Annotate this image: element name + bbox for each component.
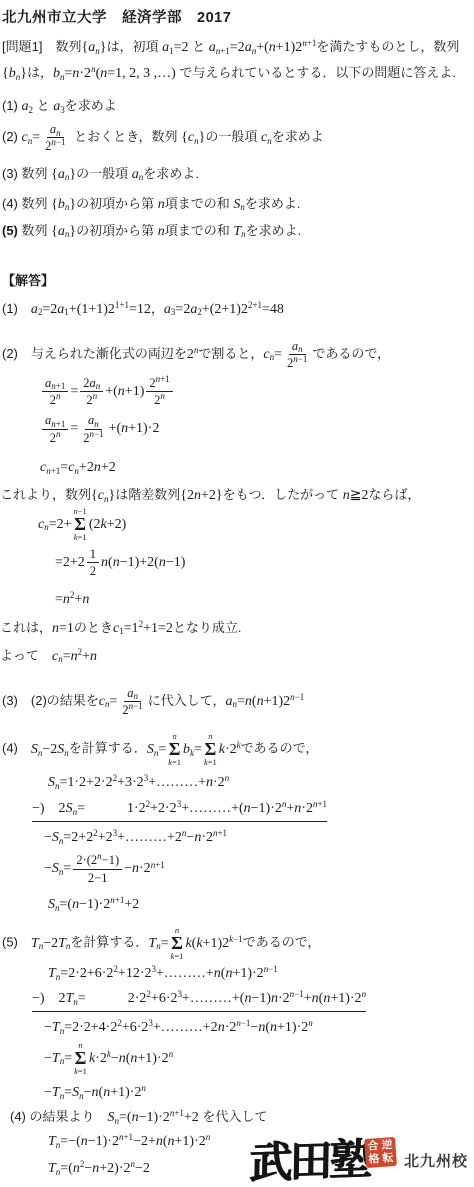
text-segment: 項までの和 <box>165 223 234 238</box>
line-content: =n2+n <box>55 589 89 609</box>
math-segment: −Sn=2+22+23+………+2n−n·2n+1 <box>44 830 227 845</box>
math-segment: cn <box>261 130 272 145</box>
takeda-juku-logo: 武田塾 合逆格転 北九州校 <box>249 1138 470 1183</box>
line-content: −) 2Tn= 2·22+6·23+………+(n−1)n·2n−1+n(n+1)… <box>32 988 366 1012</box>
line-content: よって cn=n2+n <box>0 646 97 666</box>
line-content: これより，数列{cn}は階差数列{2n+2}をもつ．したがって n≧2ならば， <box>0 485 420 505</box>
question-2: (2) cn=an2n−1 とおくとき，数列 {cn}の一般項 cnを求めよ <box>2 122 474 154</box>
line-content: −Tn=2·2+4·22+6·23+………+2n·2n−1−n(n+1)·2n <box>44 1017 313 1037</box>
text-segment: で割ると， <box>198 346 263 361</box>
text-segment: を求めよ. <box>245 196 301 211</box>
problem-statement-line-1: [問題1] 数列{an}は，初項 a1=2 と an+1=2an+(n+1)2n… <box>2 37 474 57</box>
math-segment: {an} <box>51 224 76 239</box>
question-1: (1) a2 と a3を求めよ <box>2 96 474 116</box>
text-segment: よって <box>0 648 52 663</box>
math-segment: Tn=nΣk=1k(k+1)2k−1 <box>148 936 242 951</box>
text-segment: (4) の結果より <box>10 1109 108 1124</box>
line-content: cn=2+n−1Σk=1(2k+2) <box>38 507 126 542</box>
answer-4-eq-3: −Sn=2+22+23+………+2n−n·2n+1 <box>44 827 474 847</box>
answer-2-eq-6: =n2+n <box>55 589 474 609</box>
text-segment: 【解答】 <box>2 273 54 288</box>
line-content: =2+212n(n−1)+2(n−1) <box>55 547 185 579</box>
text-segment: をもつ．したがって <box>223 487 343 502</box>
answer-5-eq-3: −Tn=2·2+4·22+6·23+………+2n·2n−1−n(n+1)·2n <box>44 1017 474 1037</box>
line-content: −Tn=Sn−n(n+1)·2n <box>44 1082 146 1102</box>
answer-2-conclusion: よって cn=n2+n <box>0 646 474 666</box>
math-segment: c1=12+1=2 <box>113 621 173 636</box>
line-content: Tn=2·2+6·22+12·23+………+n(n+1)·2n−1 <box>48 963 278 983</box>
answer-5-intro: (5) Tn−2Tnを計算する．Tn=nΣk=1k(k+1)2k−1であるので， <box>2 926 474 961</box>
text-segment: に代入して， <box>148 693 226 708</box>
logo-branch-text: 北九州校 <box>404 1150 468 1171</box>
text-segment: と <box>188 39 208 54</box>
text-segment: (3) 数列 <box>2 166 51 181</box>
text-segment: 項までの和 <box>165 196 234 211</box>
line-content: (4) の結果より Sn=(n−1)·2n+1+2 を代入して <box>10 1107 267 1127</box>
math-segment: =2+212n(n−1)+2(n−1) <box>55 555 185 570</box>
line-content: これは，n=1のときc1=12+1=2となり成立. <box>0 618 241 638</box>
math-segment: −Tn=Sn−n(n+1)·2n <box>44 1085 146 1100</box>
answer-5-eq-4: −Tn=nΣk=1k·2k−n(n+1)·2n <box>44 1041 474 1076</box>
math-segment: an=n(n+1)2n−1 <box>225 694 304 709</box>
text-segment: の一般項 <box>76 166 132 181</box>
math-segment: {bn} <box>51 197 76 212</box>
line-content: (2) 与えられた漸化式の両辺を2nで割ると，cn=an2n−1であるので， <box>2 339 390 371</box>
text-segment: は階差数列 <box>115 487 180 502</box>
math-segment: Tn−2Tn <box>31 936 71 951</box>
answer-2-eq-2: an+12n=an2n−1+(n+1)·2 <box>40 413 474 445</box>
math-segment: n <box>158 197 165 212</box>
line-content: −Sn=2·(2n−1)2−1−n·2n+1 <box>44 853 165 885</box>
math-segment: a1=2 <box>162 40 188 55</box>
problem-statement-line-2: {bn}は，bn=n·2n(n=1, 2, 3 ,…) で与えられているとする．… <box>2 63 474 83</box>
answer-4-eq-2: −) 2Sn= 1·22+2·23+………+(n−1)·2n+n·2n+1 <box>32 798 474 822</box>
text-segment: (2) 与えられた漸化式の両辺を <box>2 346 187 361</box>
math-segment: n≧2 <box>343 488 369 503</box>
math-segment: Tn=(n2−n+2)·2n−2 <box>48 1161 150 1176</box>
math-segment: −) 2Tn= 2·22+6·23+………+(n−1)n·2n−1+n(n+1)… <box>32 991 366 1006</box>
line-content: (3) 数列 {an}の一般項 anを求めよ. <box>2 164 199 184</box>
answer-5-eq-5: −Tn=Sn−n(n+1)·2n <box>44 1082 474 1102</box>
line-content: [問題1] 数列{an}は，初項 a1=2 と an+1=2an+(n+1)2n… <box>2 37 459 57</box>
answer-2-note-2: これは，n=1のときc1=12+1=2となり成立. <box>0 618 474 638</box>
text-segment: であるので， <box>312 346 390 361</box>
math-segment: an+12n=2an2n+(n+1)2n+12n <box>40 384 175 399</box>
doc-body: [問題1] 数列{an}は，初項 a1=2 と an+1=2an+(n+1)2n… <box>0 37 474 1178</box>
math-segment: a2=2a1+(1+1)21+1=12 <box>31 302 151 317</box>
text-segment: は， <box>27 65 53 80</box>
math-segment: {2n+2} <box>180 488 222 503</box>
seal-char: 合 <box>366 1140 380 1153</box>
math-segment: −Tn=nΣk=1k·2k−n(n+1)·2n <box>44 1051 173 1066</box>
line-content: (5) Tn−2Tnを計算する．Tn=nΣk=1k(k+1)2k−1であるので， <box>2 926 320 961</box>
math-segment: cn=2+n−1Σk=1(2k+2) <box>38 517 126 532</box>
math-segment: {cn} <box>181 130 205 145</box>
line-content: 【解答】 <box>2 271 54 290</box>
text-segment: を計算する． <box>69 741 147 756</box>
math-segment: Sn=nΣk=1bk=nΣk=1k·2k <box>147 742 241 757</box>
text-segment: (2) <box>2 129 22 144</box>
doc-title: 北九州市立大学 経済学部 2017 <box>2 6 474 27</box>
math-segment: a2 <box>22 99 34 114</box>
line-content: (4) 数列 {bn}の初項から第 n項までの和 Snを求めよ. <box>2 194 300 214</box>
answer-2-eq-1: an+12n=2an2n+(n+1)2n+12n <box>40 376 474 408</box>
text-segment: ， <box>151 301 164 316</box>
text-segment: を計算する． <box>70 935 148 950</box>
math-segment: {cn} <box>91 488 115 503</box>
math-segment: −Sn=2·(2n−1)2−1−n·2n+1 <box>44 861 165 876</box>
math-segment: Sn=(n−1)·2n+1+2 <box>108 1110 199 1125</box>
math-segment: Sn=1·2+2·22+3·23+………+n·2n <box>48 775 229 790</box>
line-content: Tn=(n2−n+2)·2n−2 <box>48 1158 150 1178</box>
math-segment: cn=an2n−1 <box>263 347 312 362</box>
text-segment: であるので， <box>243 935 321 950</box>
logo-brand-text: 武田塾 <box>249 1140 370 1185</box>
text-segment: を満たすものとし，数列 <box>316 39 459 54</box>
math-segment: −) 2Sn= 1·22+2·23+………+(n−1)·2n+n·2n+1 <box>32 801 327 816</box>
line-content: Sn=(n−1)·2n+1+2 <box>48 894 139 914</box>
answer-3: (3) (2)の結果をcn=an2n−1に代入して，an=n(n+1)2n−1 <box>2 686 474 718</box>
answer-2-eq-4: cn=2+n−1Σk=1(2k+2) <box>38 507 474 542</box>
solution-sheet: 北九州市立大学 経済学部 2017 [問題1] 数列{an}は，初項 a1=2 … <box>0 0 474 1187</box>
text-segment: ならば， <box>368 487 420 502</box>
seal-char: 逆 <box>380 1139 394 1152</box>
text-segment: (1) <box>2 98 22 113</box>
math-segment: Sn−2Sn <box>31 742 69 757</box>
math-segment: a3 <box>53 99 65 114</box>
line-content: Tn=−(n−1)·2n+1−2+n(n+1)·2n <box>48 1131 210 1151</box>
seal-char: 転 <box>381 1152 395 1165</box>
math-segment: bn=n·2n(n=1, 2, 3 ,…) <box>53 66 176 81</box>
text-segment: の初項から第 <box>76 196 158 211</box>
text-segment: のとき <box>74 620 113 635</box>
math-segment: cn=n2+n <box>52 649 97 664</box>
text-segment: と <box>33 98 53 113</box>
math-segment: cn=an2n−1 <box>99 694 148 709</box>
line-content: an+12n=an2n−1+(n+1)·2 <box>40 413 159 445</box>
math-segment: {bn} <box>2 66 27 81</box>
text-segment: となり成立. <box>173 620 242 635</box>
text-segment: を求めよ <box>65 98 117 113</box>
text-segment: は，初項 <box>106 39 162 54</box>
text-segment: 数列 <box>22 223 52 238</box>
logo-seal: 合逆格転 <box>364 1137 397 1168</box>
math-segment: {an} <box>51 167 76 182</box>
answer-1: (1) a2=2a1+(1+1)21+1=12，a3=2a2+(2+1)22+1… <box>2 299 474 319</box>
text-segment: の初項から第 <box>76 223 158 238</box>
answer-heading: 【解答】 <box>2 271 474 290</box>
math-segment: n <box>158 224 165 239</box>
line-content: (1) a2=2a1+(1+1)21+1=12，a3=2a2+(2+1)22+1… <box>2 299 284 319</box>
math-segment: Sn=(n−1)·2n+1+2 <box>48 897 139 912</box>
text-segment: (4) 数列 <box>2 196 51 211</box>
math-segment: {an} <box>81 40 106 55</box>
line-content: −Tn=nΣk=1k·2k−n(n+1)·2n <box>44 1041 173 1076</box>
answer-2-intro: (2) 与えられた漸化式の両辺を2nで割ると，cn=an2n−1であるので， <box>2 339 474 371</box>
answer-4-intro: (4) Sn−2Snを計算する．Sn=nΣk=1bk=nΣk=1k·2kであるの… <box>2 732 474 767</box>
math-segment: Sn <box>233 197 245 212</box>
text-segment: これより，数列 <box>0 487 91 502</box>
text-segment: (5) <box>2 935 31 950</box>
text-segment: (5) <box>2 223 22 238</box>
math-segment: cn+1=cn+2n+2 <box>40 460 116 475</box>
text-segment: とおくとき，数列 <box>70 129 181 144</box>
text-segment: (3) (2)の結果を <box>2 693 99 708</box>
line-content: (5) 数列 {an}の初項から第 n項までの和 Tnを求めよ. <box>2 221 301 241</box>
answer-5-note: (4) の結果より Sn=(n−1)·2n+1+2 を代入して <box>10 1107 474 1127</box>
text-segment: を代入して <box>199 1109 268 1124</box>
answer-4-eq-4: −Sn=2·(2n−1)2−1−n·2n+1 <box>44 853 474 885</box>
text-segment: を求めよ. <box>143 166 199 181</box>
math-segment: a3=2a2+(2+1)22+1=48 <box>164 302 284 317</box>
answer-4-eq-5: Sn=(n−1)·2n+1+2 <box>48 894 474 914</box>
text-segment: (4) <box>2 741 31 756</box>
line-content: cn+1=cn+2n+2 <box>40 457 116 477</box>
answer-4-eq-1: Sn=1·2+2·22+3·23+………+n·2n <box>48 772 474 792</box>
math-segment: −Tn=2·2+4·22+6·23+………+2n·2n−1−n(n+1)·2n <box>44 1020 313 1035</box>
math-segment: Tn=2·2+6·22+12·23+………+n(n+1)·2n−1 <box>48 966 278 981</box>
math-segment: =n2+n <box>55 592 89 607</box>
answer-2-eq-5: =2+212n(n−1)+2(n−1) <box>55 547 474 579</box>
answer-5-eq-1: Tn=2·2+6·22+12·23+………+n(n+1)·2n−1 <box>48 963 474 983</box>
question-5: (5) 数列 {an}の初項から第 n項までの和 Tnを求めよ. <box>2 221 474 241</box>
line-content: −) 2Sn= 1·22+2·23+………+(n−1)·2n+n·2n+1 <box>32 798 327 822</box>
math-segment: cn=an2n−1 <box>22 130 71 145</box>
line-content: an+12n=2an2n+(n+1)2n+12n <box>40 376 175 408</box>
math-segment: an+1=2an+(n+1)2n+1 <box>209 40 317 55</box>
math-segment: Tn=−(n−1)·2n+1−2+n(n+1)·2n <box>48 1134 210 1149</box>
text-segment: を求めよ <box>272 129 324 144</box>
text-segment: を求めよ. <box>246 223 302 238</box>
text-segment: で与えられているとする．以下の問題に答えよ. <box>176 65 456 80</box>
text-segment: (1) <box>2 301 31 316</box>
line-content: (2) cn=an2n−1 とおくとき，数列 {cn}の一般項 cnを求めよ <box>2 122 324 154</box>
line-content: (1) a2 と a3を求めよ <box>2 96 117 116</box>
text-segment: であるので， <box>241 741 319 756</box>
line-content: {bn}は，bn=n·2n(n=1, 2, 3 ,…) で与えられているとする．… <box>2 63 456 83</box>
answer-2-note-1: これより，数列{cn}は階差数列{2n+2}をもつ．したがって n≧2ならば， <box>0 485 474 505</box>
math-segment: an+12n=an2n−1+(n+1)·2 <box>40 421 159 436</box>
seal-char: 格 <box>367 1153 381 1166</box>
text-segment: の一般項 <box>205 129 261 144</box>
answer-5-eq-2: −) 2Tn= 2·22+6·23+………+(n−1)n·2n−1+n(n+1)… <box>32 988 474 1012</box>
question-4: (4) 数列 {bn}の初項から第 n項までの和 Snを求めよ. <box>2 194 474 214</box>
answer-2-eq-3: cn+1=cn+2n+2 <box>40 457 474 477</box>
text-segment: [問題1] 数列 <box>2 39 81 54</box>
question-3: (3) 数列 {an}の一般項 anを求めよ. <box>2 164 474 184</box>
line-content: Sn=1·2+2·22+3·23+………+n·2n <box>48 772 229 792</box>
math-segment: 2n <box>187 347 199 362</box>
math-segment: Tn <box>233 224 245 239</box>
text-segment: これは， <box>0 620 52 635</box>
line-content: −Sn=2+22+23+………+2n−n·2n+1 <box>44 827 227 847</box>
math-segment: an <box>132 167 144 182</box>
line-content: (4) Sn−2Snを計算する．Sn=nΣk=1bk=nΣk=1k·2kであるの… <box>2 732 318 767</box>
math-segment: n=1 <box>52 621 74 636</box>
line-content: (3) (2)の結果をcn=an2n−1に代入して，an=n(n+1)2n−1 <box>2 686 304 718</box>
